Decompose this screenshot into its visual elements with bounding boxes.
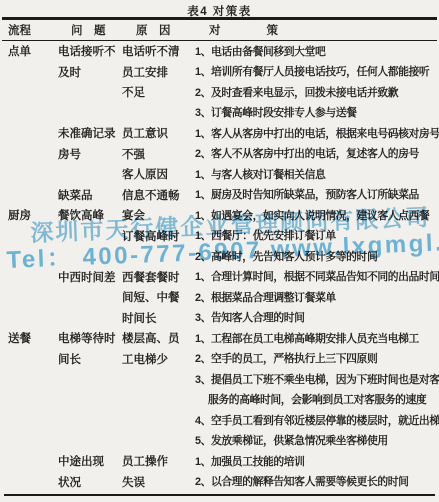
table-body: 点单 电话接听不 电话听不清 1、电话由备餐间移到大堂吧 及时 员工安排 1、培…	[0, 41, 439, 492]
table-row: 不足 2、及时查看来电显示，回拨未接电话并致歉	[0, 82, 439, 103]
cell-countermeasure: 1、合理计算时间，根据不同菜品告知不同的出品时间	[195, 269, 439, 284]
table-row: 中途出现 员工操作 1、加强员工技能的培训	[0, 451, 439, 472]
cell-countermeasure: 3、提倡员工下班不乘坐电梯，因为下班时间也是对客	[195, 372, 439, 387]
cell-countermeasure: 1、加强员工技能的培训	[195, 454, 439, 469]
table-bottom-rule	[4, 494, 435, 496]
table-row: 间长 工电梯少 2、空手的员工，严格执行上三下四原则	[0, 348, 439, 369]
scanned-document-page: 表4 对策表 流程 问 题 原 因 对 策 点单 电话接听不 电话听不清 1、电…	[0, 0, 439, 502]
cell-problem: 电梯等待时	[58, 330, 122, 346]
table-row: 房号 不强 2、客人不从客房中打出的电话，复述客人的房号	[0, 143, 439, 164]
table-row: 服务的高峰时间，会影响到员工对客服务的速度	[0, 389, 439, 410]
cell-countermeasure: 2、空手的员工，严格执行上三下四原则	[195, 351, 439, 366]
cell-cause: 员工操作	[122, 453, 195, 469]
cell-cause: 宴会	[122, 207, 195, 223]
cell-countermeasure: 4、空手员工看到有邻近楼层停靠的楼层时，就近出梯	[195, 413, 439, 428]
table-row: 客人原因 1、与客人核对订餐相关信息	[0, 164, 439, 185]
cell-cause: 员工意识	[122, 125, 195, 141]
table-row: 点单 电话接听不 电话听不清 1、电话由备餐间移到大堂吧	[0, 41, 439, 62]
cell-countermeasure: 服务的高峰时间，会影响到员工对客服务的速度	[195, 392, 439, 407]
cell-cause: 客人原因	[122, 166, 195, 182]
cell-problem: 缺菜品	[58, 187, 122, 203]
table-row: 及时 员工安排 1、培训所有餐厅人员接电话技巧，任何人都能接听	[0, 61, 439, 82]
header-process: 流程	[8, 22, 58, 38]
cell-countermeasure: 1、如遇宴会，如实向人说明情况，建议客人点西餐	[195, 208, 439, 223]
cell-countermeasure: 1、与客人核对订餐相关信息	[195, 167, 439, 182]
cell-countermeasure: 1、培训所有餐厅人员接电话技巧，任何人都能接听	[195, 64, 439, 79]
cell-countermeasure: 1、客人从客房中打出的电话，根据来电号码核对房号	[195, 126, 439, 141]
cell-problem: 及时	[58, 64, 122, 80]
cell-problem: 未准确记录	[58, 125, 122, 141]
header-cause: 原 因	[122, 22, 195, 38]
cell-problem: 间长	[58, 351, 122, 367]
cell-countermeasure: 2、高峰时，先告知客人预计多等的时间	[195, 249, 439, 264]
cell-cause: 间短、中餐	[122, 289, 195, 305]
table-row: 送餐 电梯等待时 楼层高、员 1、工程部在员工电梯高峰期安排人员充当电梯工	[0, 328, 439, 349]
table-row: 订餐高峰时 1、西餐厅：优先安排订餐订单	[0, 225, 439, 246]
cell-countermeasure: 1、厨房及时告知所缺菜品，预防客人订所缺菜品	[195, 187, 439, 202]
cell-cause: 失误	[122, 474, 195, 490]
cell-problem: 中途出现	[58, 453, 122, 469]
cell-cause: 员工安排	[122, 64, 195, 80]
cell-cause: 信息不通畅	[122, 187, 195, 203]
cell-cause: 时间长	[122, 310, 195, 326]
cell-countermeasure: 2、根据菜品合理调整订餐菜单	[195, 290, 439, 305]
header-problem: 问 题	[58, 22, 122, 38]
cell-problem: 房号	[58, 146, 122, 162]
table-row: 未准确记录 员工意识 1、客人从客房中打出的电话，根据来电号码核对房号	[0, 123, 439, 144]
table-row: 状况 失误 2、以合理的解释告知客人需要等候更长的时间	[0, 471, 439, 492]
cell-cause: 不足	[122, 84, 195, 100]
cell-process: 送餐	[8, 330, 58, 346]
table-header-row: 流程 问 题 原 因 对 策	[0, 20, 439, 40]
cell-cause: 不强	[122, 146, 195, 162]
cell-problem: 电话接听不	[58, 43, 122, 59]
cell-problem: 状况	[58, 474, 122, 490]
cell-countermeasure: 2、及时查看来电显示，回拨未接电话并致歉	[195, 85, 439, 100]
cell-process: 点单	[8, 43, 58, 59]
cell-problem: 中西时间差	[58, 269, 122, 285]
cell-countermeasure: 2、客人不从客房中打出的电话，复述客人的房号	[195, 146, 439, 161]
cell-process: 厨房	[8, 207, 58, 223]
table-row: 中西时间差 西餐套餐时 1、合理计算时间，根据不同菜品告知不同的出品时间	[0, 266, 439, 287]
header-countermeasure: 对 策	[195, 22, 439, 38]
table-row: 厨房 餐饮高峰 宴会 1、如遇宴会，如实向人说明情况，建议客人点西餐	[0, 205, 439, 226]
cell-countermeasure: 5、发放乘梯证，供紧急情况乘坐客梯使用	[195, 433, 439, 448]
cell-cause: 工电梯少	[122, 351, 195, 367]
cell-countermeasure: 1、电话由备餐间移到大堂吧	[195, 44, 439, 59]
table-row: 4、空手员工看到有邻近楼层停靠的楼层时，就近出梯	[0, 410, 439, 431]
cell-cause: 楼层高、员	[122, 330, 195, 346]
cell-countermeasure: 1、工程部在员工电梯高峰期安排人员充当电梯工	[195, 331, 439, 346]
table-title: 表4 对策表	[0, 0, 439, 16]
table-row: 缺菜品 信息不通畅 1、厨房及时告知所缺菜品，预防客人订所缺菜品	[0, 184, 439, 205]
cell-problem: 餐饮高峰	[58, 207, 122, 223]
table-row: 2、高峰时，先告知客人预计多等的时间	[0, 246, 439, 267]
table-row: 间短、中餐 2、根据菜品合理调整订餐菜单	[0, 287, 439, 308]
cell-countermeasure: 3、告知客人合理的时间	[195, 310, 439, 325]
cell-cause: 西餐套餐时	[122, 269, 195, 285]
cell-cause: 订餐高峰时	[122, 228, 195, 244]
table-row: 5、发放乘梯证，供紧急情况乘坐客梯使用	[0, 430, 439, 451]
table-row: 3、订餐高峰时段安排专人参与送餐	[0, 102, 439, 123]
cell-countermeasure: 3、订餐高峰时段安排专人参与送餐	[195, 105, 439, 120]
cell-countermeasure: 1、西餐厅：优先安排订餐订单	[195, 228, 439, 243]
table-row: 时间长 3、告知客人合理的时间	[0, 307, 439, 328]
cell-countermeasure: 2、以合理的解释告知客人需要等候更长的时间	[195, 474, 439, 489]
table-row: 3、提倡员工下班不乘坐电梯，因为下班时间也是对客	[0, 369, 439, 390]
cell-cause: 电话听不清	[122, 43, 195, 59]
